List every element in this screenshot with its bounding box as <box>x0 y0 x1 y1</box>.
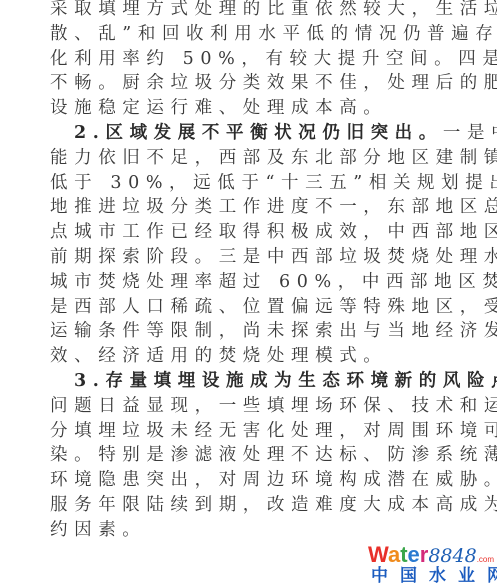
text-line: 是西部人口稀疏、位置偏远等特殊地区，受经济条件、人口数量、 <box>50 295 442 320</box>
section-2-heading: 2.区域发展不平衡状况仍旧突出。 <box>74 123 443 143</box>
text-line: 城市焚烧处理率超过 60%，中西部地区焚烧处理率不到 50%，特别 <box>50 270 442 295</box>
text-line: 效、经济适用的焚烧处理模式。 <box>50 344 442 369</box>
text-line: 服务年限陆续到期，改造难度大成本高成为推进封场整治的主要制 <box>50 493 442 518</box>
text-line: 散、乱”和回收利用水平低的情况仍普遍存在，城市生活垃圾资源 <box>50 22 442 47</box>
brand-number: 8848 <box>428 545 476 567</box>
brand-tld: .com <box>477 555 494 564</box>
text-line: 设施稳定运行难、处理成本高。 <box>50 96 442 121</box>
text-line: 化利用率约 50%，有较大提升空间。四是厨余垃圾分类和处理渠道 <box>50 47 442 72</box>
section-3-first-line: 3.存量填埋设施成为生态环境新的风险点。垃圾填埋设施环境 <box>50 369 442 394</box>
brand-letter: t <box>400 542 407 567</box>
section-3-heading: 3.存量填埋设施成为生态环境新的风险点。 <box>74 371 497 391</box>
text-line: 环境隐患突出，对周边环境构成潜在威胁。一些填埋设施库容渐满、 <box>50 468 442 493</box>
text-line: 点城市工作已经取得积极成效，中西部地区除重点城市外多数处于 <box>50 220 442 245</box>
text-line: 采取填埋方式处理的比重依然较大，生活垃圾回收利用企业“小、 <box>50 0 442 22</box>
text-line: 低于 30%，远低于“十三五”相关规划提出的 70%目标要求。二是各 <box>50 171 442 196</box>
text-line: 前期探索阶段。三是中西部垃圾焚烧处理水平低于东部，东南沿海 <box>50 245 442 270</box>
watermark-chinese-name: 中国水业网 <box>371 565 496 587</box>
watermark-logo: Water8848.com 中国水业网 <box>368 545 496 587</box>
document-page: 采取填埋方式处理的比重依然较大，生活垃圾回收利用企业“小、 散、乱”和回收利用水… <box>50 0 442 543</box>
text-line: 能力依旧不足，西部及东北部分地区建制镇生活垃圾无害化处理率 <box>50 146 442 171</box>
text-line: 地推进垃圾分类工作进度不一，东部地区总体上进展相对较快，重 <box>50 195 442 220</box>
text-line: 分填埋垃圾未经无害化处理，对周围环境可能造成严重的二次污 <box>50 419 442 444</box>
text-line: 约因素。 <box>50 518 442 543</box>
watermark-brand: Water8848.com <box>368 545 496 565</box>
section-2-first-text: 一是中西部地区无害化处理 <box>443 123 497 143</box>
brand-letter: a <box>388 542 400 567</box>
brand-letter: e <box>408 542 420 567</box>
text-line: 染。特别是渗滤液处理不达标、防渗系统薄弱、日常作业不规范等 <box>50 443 442 468</box>
text-line: 运输条件等限制，尚未探索出与当地经济发展水平相适应的成熟高 <box>50 319 442 344</box>
text-line: 问题日益显现，一些填埋场环保、技术和运营管理水平不高，大部 <box>50 394 442 419</box>
section-2-first-line: 2.区域发展不平衡状况仍旧突出。一是中西部地区无害化处理 <box>50 121 442 146</box>
brand-letter: W <box>368 542 388 567</box>
text-line: 不畅。厨余垃圾分类效果不佳，处理后的肥料消纳途径存在障碍， <box>50 71 442 96</box>
